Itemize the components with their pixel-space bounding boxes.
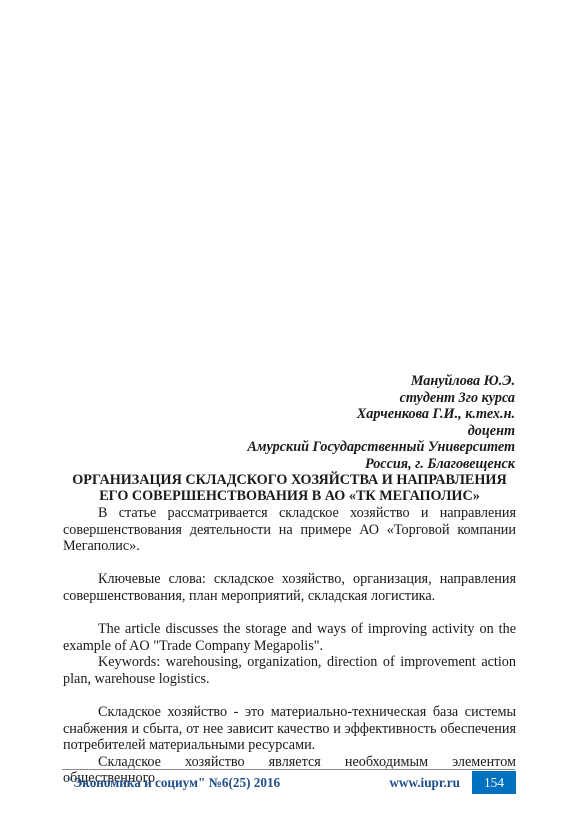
author-name-1: Мануйлова Ю.Э. (247, 373, 515, 390)
affiliation: Амурский Государственный Университет (247, 439, 515, 456)
author-block: Мануйлова Ю.Э. студент 3го курса Харченк… (247, 373, 515, 473)
abstract-ru: В статье рассматривается складское хозяй… (63, 505, 516, 555)
document-page: Мануйлова Ю.Э. студент 3го курса Харченк… (0, 0, 580, 820)
page-number-badge: 154 (472, 771, 516, 794)
article-title-line-2: ЕГО СОВЕРШЕНСТВОВАНИЯ В АО «ТК МЕГАПОЛИС… (63, 488, 516, 504)
footer-journal-name: "Экономика и социум" №6(25) 2016 (66, 775, 280, 791)
article-title: ОРГАНИЗАЦИЯ СКЛАДСКОГО ХОЗЯЙСТВА И НАПРА… (63, 472, 516, 505)
abstract-en-text: The article discusses the storage and wa… (63, 621, 516, 654)
abstract-ru-text: В статье рассматривается складское хозяй… (63, 505, 516, 555)
keywords-en-text: Keywords: warehousing, organization, dir… (63, 654, 516, 687)
keywords-ru-text: Ключевые слова: складское хозяйство, орг… (63, 571, 516, 604)
paragraph: Складское хозяйство - это материально-те… (63, 704, 516, 754)
abstract-en: The article discusses the storage and wa… (63, 621, 516, 687)
footer-website-link[interactable]: www.iupr.ru (389, 775, 460, 791)
article-title-line-1: ОРГАНИЗАЦИЯ СКЛАДСКОГО ХОЗЯЙСТВА И НАПРА… (63, 472, 516, 488)
location: Россия, г. Благовещенск (247, 456, 515, 473)
footer-divider (62, 769, 515, 770)
author-status-1: студент 3го курса (247, 390, 515, 407)
keywords-ru: Ключевые слова: складское хозяйство, орг… (63, 571, 516, 604)
author-status-2: доцент (247, 423, 515, 440)
author-name-2: Харченкова Г.И., к.тех.н. (247, 406, 515, 423)
